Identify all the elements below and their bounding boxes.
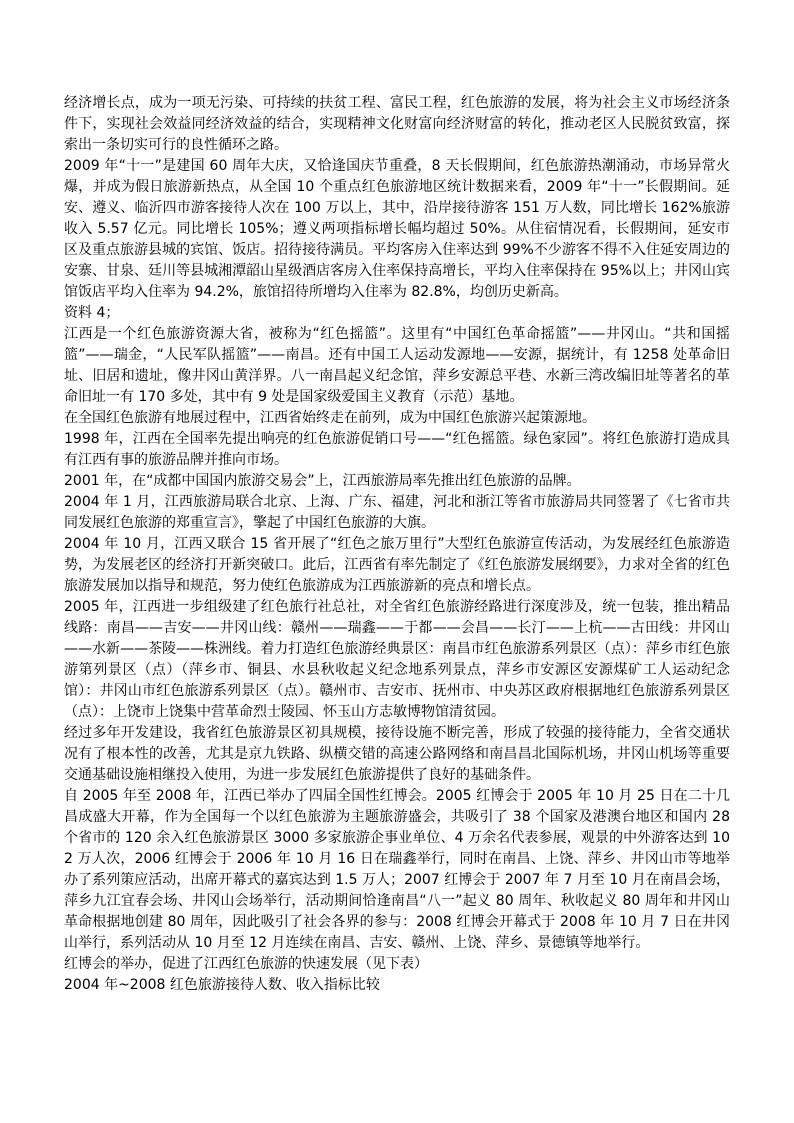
paragraph-jiangxi-resources: 江西是一个红色旅游资源大省，被称为“红色摇篮”。这里有“中国红色革命摇篮”——井… [64, 324, 730, 408]
paragraph-expo-promotion: 红博会的举办，促进了江西红色旅游的快速发展（见下表） [64, 954, 730, 975]
paragraph-economic-growth: 经济增长点，成为一项无污染、可持续的扶贫工程、富民工程，红色旅游的发展，将为社会… [64, 93, 730, 156]
document-text-block: 经济增长点，成为一项无污染、可持续的扶贫工程、富民工程，红色旅游的发展，将为社会… [64, 93, 730, 996]
paragraph-2005-routes: 2005 年，江西进一步组级建了红色旅行社总社，对全省红色旅游经路进行深度涉及，… [64, 597, 730, 723]
paragraph-infrastructure: 经过多年开发建设，我省红色旅游景区初具规模，接待设施不断完善，形成了较强的接待能… [64, 723, 730, 786]
paragraph-2004-jan-declaration: 2004 年 1 月，江西旅游局联合北京、上海、广东、福建，河北和浙江等省市旅游… [64, 492, 730, 534]
document-page: 经济增长点，成为一项无污染、可持续的扶贫工程、富民工程，红色旅游的发展，将为社会… [0, 0, 794, 1123]
paragraph-2001-expo: 2001 年，在“成都中国国内旅游交易会”上，江西旅游局率先推出红色旅游的品牌。 [64, 471, 730, 492]
paragraph-2009-holiday: 2009 年“十一”是建国 60 周年大庆，又恰逢国庆节重叠，8 天长假期间，红… [64, 156, 730, 303]
paragraph-ziliao-4-heading: 资料 4； [64, 303, 730, 324]
paragraph-2004-oct-campaign: 2004 年 10 月，江西又联合 15 省开展了“红色之旅万里行”大型红色旅游… [64, 534, 730, 597]
paragraph-table-caption: 2004 年~2008 红色旅游接待人数、收入指标比较 [64, 975, 730, 996]
paragraph-jiangxi-forefront: 在全国红色旅游有地展过程中，江西省始终走在前列，成为中国红色旅游兴起策源地。 [64, 408, 730, 429]
paragraph-1998-slogan: 1998 年，江西在全国率先提出响亮的红色旅游促销口号——“红色摇篮。绿色家园”… [64, 429, 730, 471]
paragraph-expo-2005-2008: 自 2005 年至 2008 年，江西已举办了四届全国性红博会。2005 红博会… [64, 786, 730, 954]
